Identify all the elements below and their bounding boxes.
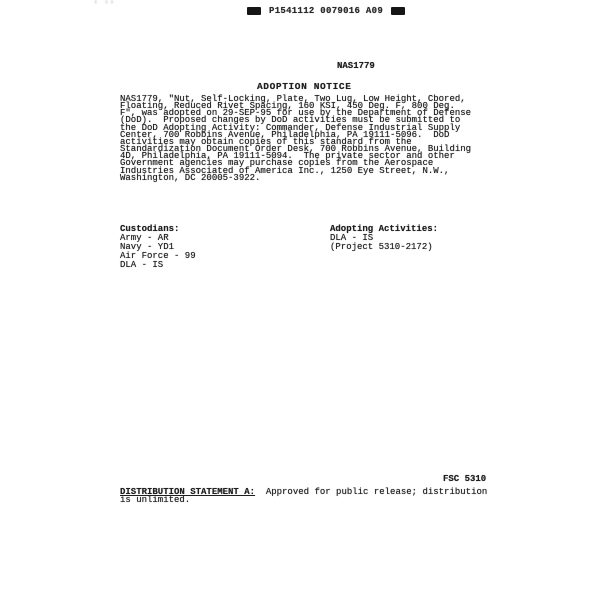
adopting-activities-section: Adopting Activities: DLA - IS (Project 5… (330, 225, 438, 252)
adopting-project-number: (Project 5310-2172) (330, 243, 438, 252)
barcode-block-left-icon (247, 7, 261, 15)
scan-header-code: P1541112 0079016 A09 (247, 6, 405, 16)
distribution-statement: DISTRIBUTION STATEMENT A: Approved for p… (120, 488, 500, 504)
document-number: NAS1779 (337, 61, 375, 71)
scan-artifact-smudge: ' '' (93, 0, 115, 10)
document-title: ADOPTION NOTICE (257, 81, 352, 92)
distribution-statement-line: is unlimited. (120, 496, 500, 504)
barcode-block-right-icon (391, 7, 405, 15)
scanned-document-page: ' '' P1541112 0079016 A09 NAS1779 ADOPTI… (0, 0, 600, 600)
custodian-item: DLA - IS (120, 261, 196, 270)
distribution-statement-text: Approved for public release; distributio… (255, 487, 487, 497)
paragraph-line: Washington, DC 20005-3922. (120, 175, 485, 182)
custodians-section: Custodians: Army - AR Navy - YD1 Air For… (120, 225, 196, 270)
adoption-notice-paragraph: NAS1779, "Nut, Self-Locking, Plate, Two … (120, 96, 485, 182)
scan-code-text: P1541112 0079016 A09 (269, 6, 383, 16)
fsc-code: FSC 5310 (443, 474, 486, 484)
